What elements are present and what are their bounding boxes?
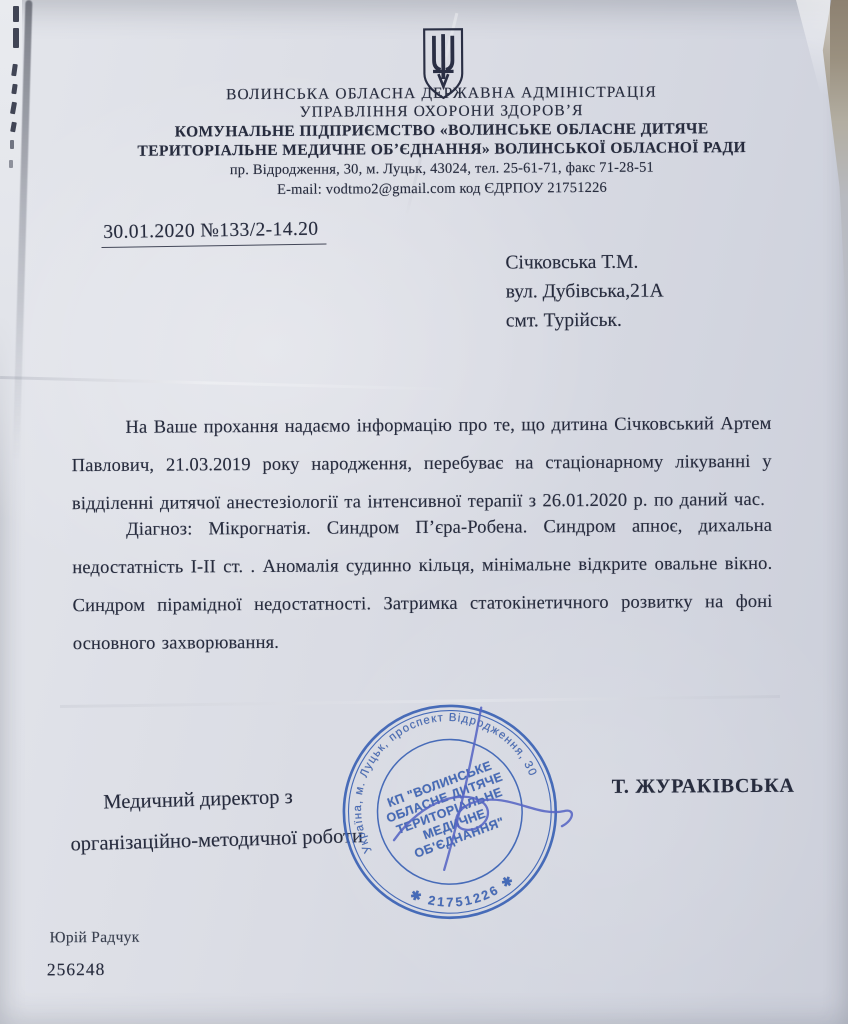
scanned-letter-photo: ВОЛИНСЬКА ОБЛАСНА ДЕРЖАВНА АДМІНІСТРАЦІЯ… <box>0 0 848 1024</box>
letter-body: На Ваше прохання надаємо інформацію про … <box>71 405 773 663</box>
reference-number-line: 30.01.2020 №133/2-14.20 <box>101 219 327 249</box>
recipient-street: вул. Дубівська,21А <box>506 277 664 307</box>
recipient-block: Січковська Т.М. вул. Дубівська,21А смт. … <box>505 248 664 336</box>
executor-name: Юрій Радчук <box>50 929 140 948</box>
body-paragraph-1: На Ваше прохання надаємо інформацію про … <box>71 405 772 523</box>
email-line: E-mail: vodtmo2@gmail.com код ЄДРПОУ 217… <box>38 178 846 200</box>
organization-line-2: ТЕРИТОРІАЛЬНЕ МЕДИЧНЕ ОБ’ЄДНАННЯ» ВОЛИНС… <box>38 138 846 161</box>
recipient-settlement: смт. Турійськ. <box>506 306 664 336</box>
address-line: пр. Відродження, 30, м. Луцьк, 43024, те… <box>38 158 846 180</box>
handwritten-signature <box>323 686 674 903</box>
executor-phone: 256248 <box>47 959 106 980</box>
body-paragraph-2: Діагноз: Мікрогнатія. Синдром П’єра-Робе… <box>72 507 773 663</box>
signer-title-line-2: організаційно-методичної роботи <box>70 816 364 865</box>
signer-title: Медичний директор з організаційно-методи… <box>69 775 364 865</box>
letter-content: ВОЛИНСЬКА ОБЛАСНА ДЕРЖАВНА АДМІНІСТРАЦІЯ… <box>0 0 848 1024</box>
recipient-name: Січковська Т.М. <box>505 248 663 278</box>
